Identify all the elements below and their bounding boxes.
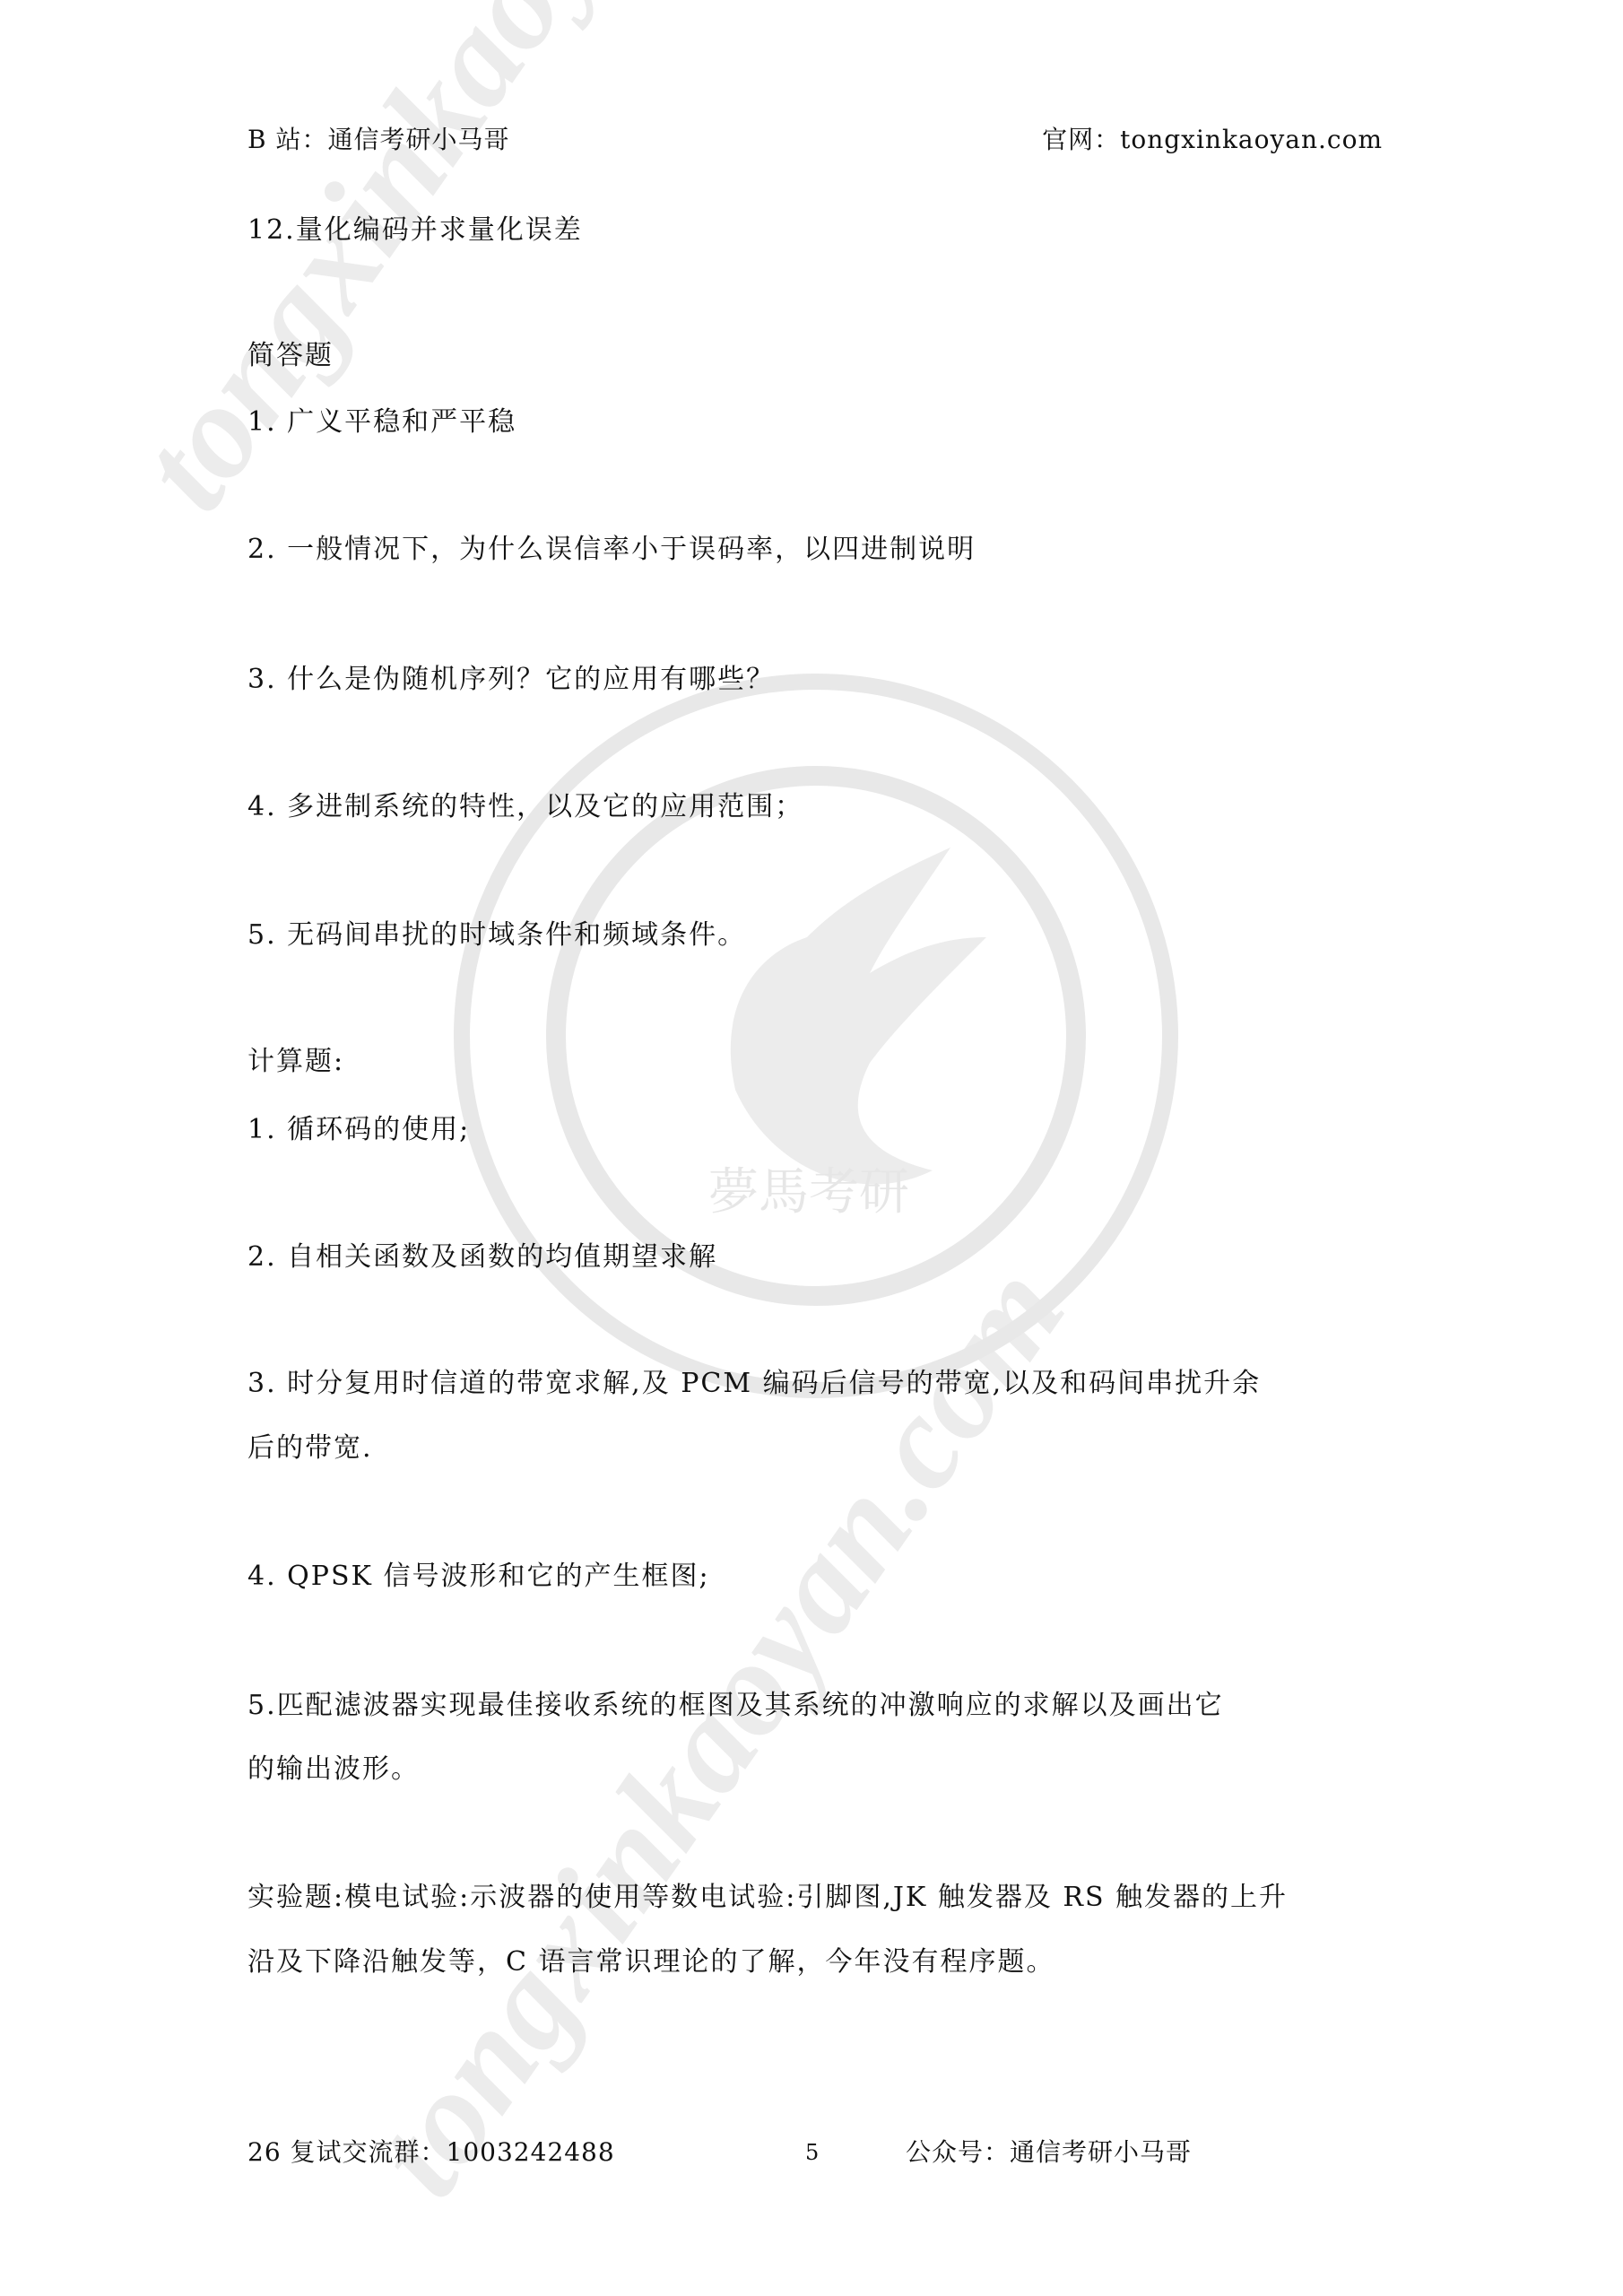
calculation-item: 5.匹配滤波器实现最佳接收系统的框图及其系统的冲激响应的求解以及画出它 <box>247 1688 1224 1724</box>
dream-horse-logo-icon <box>448 668 1184 1404</box>
calculation-item: 3. 时分复用时信道的带宽求解,及 PCM 编码后信号的带宽,以及和码间串扰升余 <box>247 1366 1261 1402</box>
footer-group-number: 26 复试交流群：1003242488 <box>247 2136 615 2169</box>
calculation-item: 4. QPSK 信号波形和它的产生框图; <box>247 1559 710 1595</box>
footer-wechat: 公众号：通信考研小马哥 <box>906 2136 1192 2169</box>
section-title-calculation: 计算题: <box>247 1044 344 1080</box>
header-bilibili: B 站：通信考研小马哥 <box>247 124 509 156</box>
watermark-logo-center-text: 夢馬考研 <box>708 1152 909 1224</box>
watermark-diagonal-text-top: tongxinkaoyan.com <box>108 0 862 537</box>
short-answer-item: 1. 广义平稳和严平稳 <box>247 404 516 440</box>
question-12: 12.量化编码并求量化误差 <box>247 213 583 248</box>
section-title-short-answer: 简答题 <box>247 338 334 374</box>
calculation-item-continued: 的输出波形。 <box>247 1752 420 1787</box>
page-number: 5 <box>805 2136 820 2169</box>
short-answer-item: 5. 无码间串扰的时域条件和频域条件。 <box>247 918 746 953</box>
header-website: 官网：tongxinkaoyan.com <box>1042 124 1383 156</box>
experiment-paragraph-continued: 沿及下降沿触发等，C 语言常识理论的了解，今年没有程序题。 <box>247 1944 1055 1980</box>
short-answer-item: 3. 什么是伪随机序列？它的应用有哪些？ <box>247 662 775 698</box>
calculation-item: 1. 循环码的使用; <box>247 1112 470 1148</box>
experiment-paragraph: 实验题:模电试验:示波器的使用等数电试验:引脚图,JK 触发器及 RS 触发器的… <box>247 1880 1288 1916</box>
calculation-item: 2. 自相关函数及函数的均值期望求解 <box>247 1239 717 1275</box>
watermark-logo: 夢馬考研 <box>448 668 1184 1404</box>
short-answer-item: 2. 一般情况下，为什么误信率小于误码率，以四进制说明 <box>247 532 976 568</box>
calculation-item-continued: 后的带宽. <box>247 1431 373 1466</box>
short-answer-item: 4. 多进制系统的特性，以及它的应用范围； <box>247 789 803 825</box>
